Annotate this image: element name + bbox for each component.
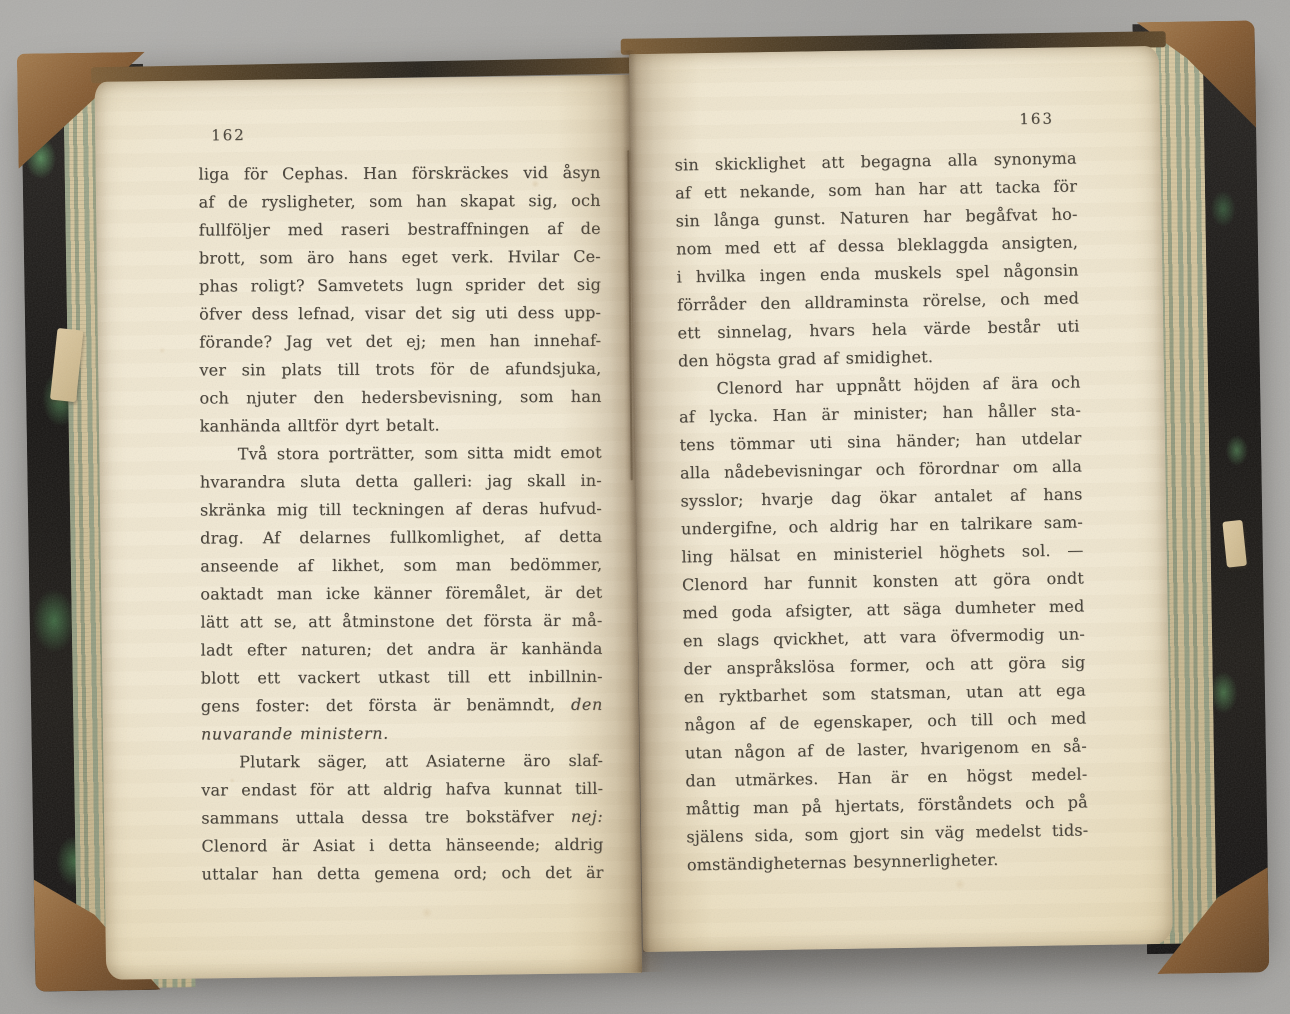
- text-line: Två stora porträtter, som sitta midt emo…: [200, 439, 602, 469]
- text-line: phas roligt? Samvetets lugn sprider det …: [199, 271, 601, 301]
- text-line: Clenord är Asiat i detta hänseende; aldr…: [201, 831, 603, 861]
- text-line: hvarandra sluta detta galleri: jag skall…: [200, 467, 602, 497]
- text-line: öfver dess lefnad, visar det sig uti des…: [199, 299, 601, 329]
- text-line: kanhända alltför dyrt betalt.: [200, 411, 602, 441]
- text-line: ver sin plats till trots för de afundsju…: [199, 355, 601, 385]
- text-line: förande? Jag vet det ej; men han innehaf…: [199, 327, 601, 357]
- text-line: ladt efter naturen; det andra är kanhänd…: [201, 635, 603, 665]
- text-line: uttalar han detta gemena ord; och det är: [202, 859, 604, 889]
- text-line: nuvarande ministern.: [201, 719, 603, 749]
- page-right: 163 sin skicklighet att begagna alla syn…: [629, 46, 1173, 952]
- text-line: fullföljer med raseri bestraffningen af …: [199, 215, 601, 245]
- text-line: sammans uttala dessa tre bokstäfver nej:: [201, 803, 603, 833]
- text-line: blott ett vackert utkast till ett inbill…: [201, 663, 603, 693]
- page-left-text: liga för Cephas. Han förskräckes vid åsy…: [198, 159, 603, 889]
- text-line: gens foster: det första är benämndt, den: [201, 691, 603, 721]
- photo-background: 162 liga för Cephas. Han förskräckes vid…: [0, 0, 1290, 1014]
- text-line: lätt att se, att åtminstone det första ä…: [200, 607, 602, 637]
- page-left: 162 liga för Cephas. Han förskräckes vid…: [94, 75, 642, 980]
- text-line: och njuter den hedersbevisning, som han: [199, 383, 601, 413]
- text-line: af de rysligheter, som han skapat sig, o…: [199, 187, 601, 217]
- text-line: omständigheternas besynnerligheter.: [687, 844, 1089, 879]
- text-line: oaktadt man icke känner föremålet, är de…: [200, 579, 602, 609]
- book: 162 liga för Cephas. Han förskräckes vid…: [21, 22, 1270, 991]
- text-line: liga för Cephas. Han förskräckes vid åsy…: [198, 159, 600, 189]
- text-line: anseende af likhet, som man bedömmer,: [200, 551, 602, 581]
- text-line: skränka mig till teckningen af deras huf…: [200, 495, 602, 525]
- page-number-right: 163: [674, 109, 1076, 133]
- page-right-text: sin skicklighet att begagna alla synonym…: [674, 144, 1089, 879]
- text-line: Plutark säger, att Asiaterne äro slaf-: [201, 747, 603, 777]
- text-line: var endast för att aldrig hafva kunnat t…: [201, 775, 603, 805]
- page-number-left: 162: [211, 126, 246, 144]
- text-line: brott, som äro hans eget verk. Hvilar Ce…: [199, 243, 601, 273]
- text-line: drag. Af delarnes fullkomlighet, af dett…: [200, 523, 602, 553]
